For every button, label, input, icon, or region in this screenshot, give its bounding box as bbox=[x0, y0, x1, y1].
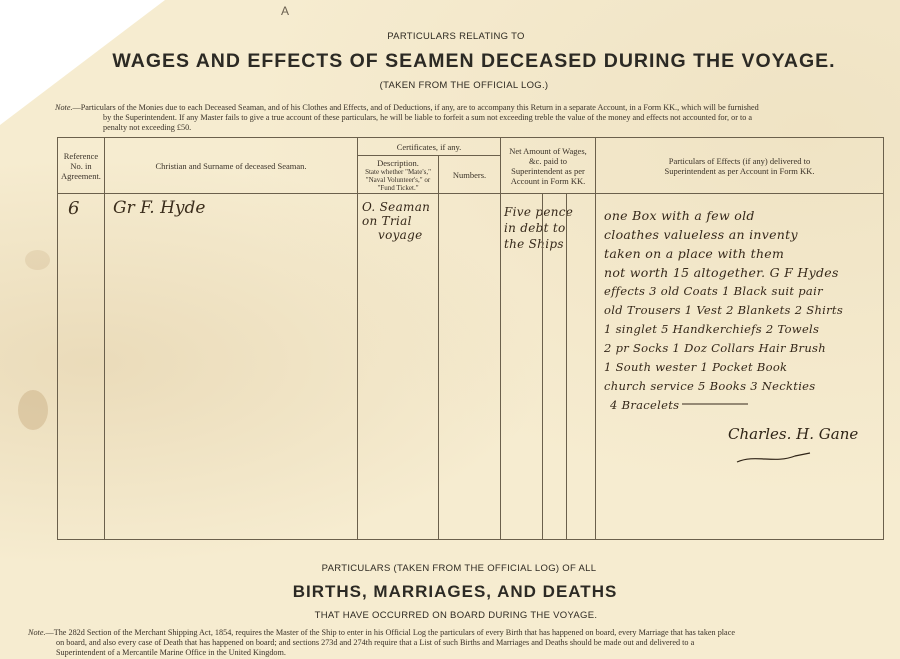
effects-line: taken on a place with them bbox=[604, 244, 883, 263]
section2-title: BIRTHS, MARRIAGES, AND DEATHS bbox=[0, 582, 900, 602]
deceased-seamen-table: Reference No. in Agreement. Christian an… bbox=[57, 137, 884, 540]
net-amount-divider bbox=[542, 193, 543, 540]
header-effects: Particulars of Effects (if any) delivere… bbox=[596, 138, 884, 194]
effects-line: one Box with a few old bbox=[604, 206, 883, 225]
header-description-label: Description. bbox=[358, 158, 438, 168]
effects-line: not worth 15 altogether. G F Hydes bbox=[604, 263, 883, 282]
effects-line: 2 pr Socks 1 Doz Collars Hair Brush bbox=[604, 339, 883, 358]
description-line: O. Seaman bbox=[362, 200, 438, 214]
note-line: Superintendent of a Mercantile Marine Of… bbox=[28, 648, 898, 658]
net-amount-line: the Ships bbox=[504, 236, 595, 252]
reference-value: 6 bbox=[68, 198, 79, 219]
section2-note: Note.—The 282d Section of the Merchant S… bbox=[28, 628, 898, 658]
description-line: on Trial bbox=[362, 214, 438, 228]
paper-stain bbox=[18, 390, 48, 430]
pencil-mark: A bbox=[281, 4, 289, 18]
effects-line: 1 South wester 1 Pocket Book bbox=[604, 358, 883, 377]
section2-subtitle: THAT HAVE OCCURRED ON BOARD DURING THE V… bbox=[0, 610, 900, 621]
header-description-note: State whether "Mate's," "Naval Volunteer… bbox=[358, 168, 438, 192]
bracelets-underline bbox=[680, 400, 750, 408]
paper-stain bbox=[25, 250, 50, 270]
header-certificates: Certificates, if any. bbox=[358, 138, 501, 156]
note-line: on board, and also every case of Death t… bbox=[28, 638, 898, 648]
cell-net-amount: Five pence in debt to the Ships bbox=[501, 194, 596, 540]
note-label: Note. bbox=[28, 628, 46, 637]
header-net-amount: Net Amount of Wages, &c. paid to Superin… bbox=[501, 138, 596, 194]
net-amount-line: Five pence bbox=[504, 204, 595, 220]
signature-flourish bbox=[735, 450, 815, 466]
note-line: —Particulars of the Monies due to each D… bbox=[73, 103, 759, 112]
note-line: —The 282d Section of the Merchant Shippi… bbox=[46, 628, 735, 637]
torn-corner bbox=[0, 0, 165, 125]
cell-description: O. Seaman on Trial voyage bbox=[358, 194, 439, 540]
section2-pre-title: PARTICULARS (TAKEN FROM THE OFFICIAL LOG… bbox=[0, 563, 900, 574]
effects-line: old Trousers 1 Vest 2 Blankets 2 Shirts bbox=[604, 301, 883, 320]
note-line: penalty not exceeding £50. bbox=[55, 123, 895, 133]
net-amount-line: in debt to bbox=[504, 220, 595, 236]
effects-line: church service 5 Books 3 Neckties bbox=[604, 377, 883, 396]
table-row: 6 Gr F. Hyde O. Seaman on Trial voyage F… bbox=[58, 194, 884, 540]
cell-effects: one Box with a few old cloathes valueles… bbox=[596, 194, 884, 540]
description-line: voyage bbox=[362, 228, 438, 242]
net-amount-divider bbox=[566, 193, 567, 540]
seaman-name: Gr F. Hyde bbox=[113, 198, 205, 218]
master-signature: Charles. H. Gane bbox=[728, 425, 858, 443]
header-name: Christian and Surname of deceased Seaman… bbox=[105, 138, 358, 194]
cell-reference: 6 bbox=[58, 194, 105, 540]
header-description: Description. State whether "Mate's," "Na… bbox=[358, 156, 439, 194]
header-reference: Reference No. in Agreement. bbox=[58, 138, 105, 194]
effects-line: cloathes valueless an inventy bbox=[604, 225, 883, 244]
note-line: by the Superintendent. If any Master fai… bbox=[55, 113, 895, 123]
section1-note: Note.—Particulars of the Monies due to e… bbox=[55, 103, 895, 133]
header-numbers: Numbers. bbox=[439, 156, 501, 194]
effects-line: 1 singlet 5 Handkerchiefs 2 Towels bbox=[604, 320, 883, 339]
effects-line: effects 3 old Coats 1 Black suit pair bbox=[604, 282, 883, 301]
cell-name: Gr F. Hyde bbox=[105, 194, 358, 540]
cell-numbers bbox=[439, 194, 501, 540]
